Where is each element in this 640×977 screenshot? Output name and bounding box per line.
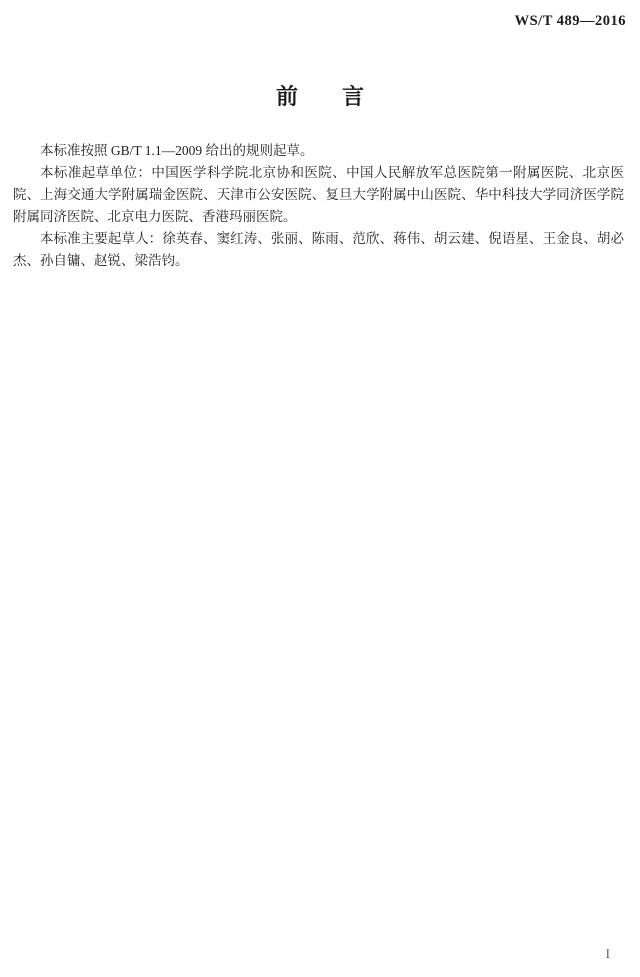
doc-number: WS/T 489—2016 [515,13,626,30]
foreword-body: 本标准按照 GB/T 1.1—2009 给出的规则起草。 本标准起草单位：中国医… [13,140,624,272]
paragraph-drafting-basis: 本标准按照 GB/T 1.1—2009 给出的规则起草。 [13,140,624,162]
paragraph-drafters: 本标准主要起草人：徐英春、窦红涛、张丽、陈雨、范欣、蒋伟、胡云建、倪语星、王金良… [13,228,624,272]
paragraph-drafting-units: 本标准起草单位：中国医学科学院北京协和医院、中国人民解放军总医院第一附属医院、北… [13,162,624,228]
page-number: I [606,946,610,962]
document-page: WS/T 489—2016 前 言 本标准按照 GB/T 1.1—2009 给出… [0,0,640,977]
page-title: 前 言 [0,80,640,111]
